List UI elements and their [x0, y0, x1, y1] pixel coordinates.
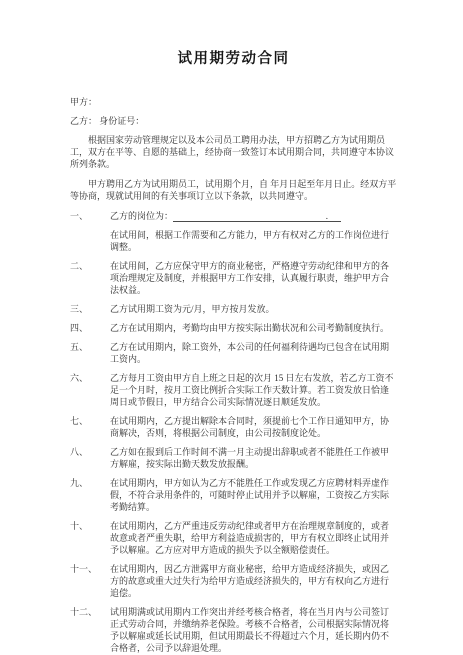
clause-text: 试用期满或试用期内工作突出并经考核合格者，将在当月内与公司签订正式劳动合同，并缴…: [110, 606, 397, 654]
clause-item: 二、 在试用间，乙方应保守甲方的商业秘密，严格遵守劳动纪律和甲方的各项治理规定及…: [70, 260, 397, 296]
clause-number: 十一、: [70, 563, 110, 599]
hire-paragraph: 甲方聘用乙方为试用期员工，试用期个月，自 年月日起至年月日止。经双方平等协商，现…: [70, 178, 397, 202]
clause-text: 在试用期内，甲方如认为乙方不能胜任工作或发现乙方应聘材料弄虚作假，不符合录用条件…: [110, 477, 397, 513]
clause-item: 八、 乙方如在报到后工作时间不满一月主动提出辞职或者不能胜任工作被甲方解雇，按实…: [70, 446, 397, 470]
clause-number: 七、: [70, 415, 110, 439]
clause-number: 十、: [70, 520, 110, 556]
clause-number: 十二、: [70, 606, 110, 654]
clause-text: 乙方在试用期内，除工资外，本公司的任何福利待遇均已包含在试用期工资内。: [110, 341, 397, 365]
clause-text: 乙方在试用期内，考勤均由甲方按实际出勤状况和公司考勤制度执行。: [110, 322, 397, 334]
clause-text: 乙方每月工资由甲方自上班之日起的次月 15 日左右发放，若乙方工资不足一个月时，…: [110, 372, 397, 408]
clause-number: 二、: [70, 260, 110, 296]
clause-item: 五、 乙方在试用期内，除工资外，本公司的任何福利待遇均已包含在试用期工资内。: [70, 341, 397, 365]
clause-item: 九、 在试用期内，甲方如认为乙方不能胜任工作或发现乙方应聘材料弄虚作假，不符合录…: [70, 477, 397, 513]
clause-text: 在试用间，乙方应保守甲方的商业秘密，严格遵守劳动纪律和甲方的各项治理规定及制度，…: [110, 260, 397, 296]
clause-item: 十、 在试用期内，乙方严重违反劳动纪律或者甲方在治理规章制度的，或者故意或者严重…: [70, 520, 397, 556]
clause-item: 一、 乙方的岗位为：. 在试用间，根据工作需要和乙方能力，甲方有权对乙方的工作岗…: [70, 210, 397, 253]
clause-text: 在试用期内，乙方提出解除本合同时，须提前七个工作日通知甲方，协商解决，否则，将根…: [110, 415, 397, 439]
clause-text: 乙方试用期工资为元/月，甲方按月发放。: [110, 303, 397, 315]
clause-item: 三、 乙方试用期工资为元/月，甲方按月发放。: [70, 303, 397, 315]
party-b-line: 乙方： 身份证号：: [70, 115, 397, 127]
clause-number: 八、: [70, 446, 110, 470]
page-title: 试用期劳动合同: [70, 50, 397, 68]
intro-paragraph: 根据国家劳动管理规定以及本公司员工聘用办法，甲方招聘乙方为试用期员工，双方在平等…: [70, 134, 397, 170]
clause-list: 一、 乙方的岗位为：. 在试用间，根据工作需要和乙方能力，甲方有权对乙方的工作岗…: [70, 210, 397, 654]
clause-number: 四、: [70, 322, 110, 334]
clause-number: 六、: [70, 372, 110, 408]
clause-item: 十一、 在试用期内，因乙方泄露甲方商业秘密，给甲方造成经济损失，或因乙方的故意或…: [70, 563, 397, 599]
clause-text: 乙方的岗位为：.: [110, 210, 397, 222]
clause-number: 五、: [70, 341, 110, 365]
clause-sub-paragraph: 在试用间，根据工作需要和乙方能力，甲方有权对乙方的工作岗位进行调整。: [110, 229, 397, 253]
clause-item: 四、 乙方在试用期内，考勤均由甲方按实际出勤状况和公司考勤制度执行。: [70, 322, 397, 334]
clause-text: 在试用期内，因乙方泄露甲方商业秘密，给甲方造成经济损失，或因乙方的故意或重大过失…: [110, 563, 397, 599]
clause-number: 一、: [70, 210, 110, 222]
clause-number: 九、: [70, 477, 110, 513]
party-a-line: 甲方：: [70, 96, 397, 108]
clause-item: 十二、 试用期满或试用期内工作突出并经考核合格者，将在当月内与公司签订正式劳动合…: [70, 606, 397, 654]
clause-text: 在试用期内，乙方严重违反劳动纪律或者甲方在治理规章制度的，或者故意或者严重失职，…: [110, 520, 397, 556]
clause-item: 七、 在试用期内，乙方提出解除本合同时，须提前七个工作日通知甲方，协商解决，否则…: [70, 415, 397, 439]
clause-number: 三、: [70, 303, 110, 315]
position-blank-underline: .: [173, 211, 341, 222]
clause-text: 乙方如在报到后工作时间不满一月主动提出辞职或者不能胜任工作被甲方解雇，按实际出勤…: [110, 446, 397, 470]
document-page: 试用期劳动合同 甲方： 乙方： 身份证号： 根据国家劳动管理规定以及本公司员工聘…: [0, 0, 463, 655]
clause-item: 六、 乙方每月工资由甲方自上班之日起的次月 15 日左右发放，若乙方工资不足一个…: [70, 372, 397, 408]
